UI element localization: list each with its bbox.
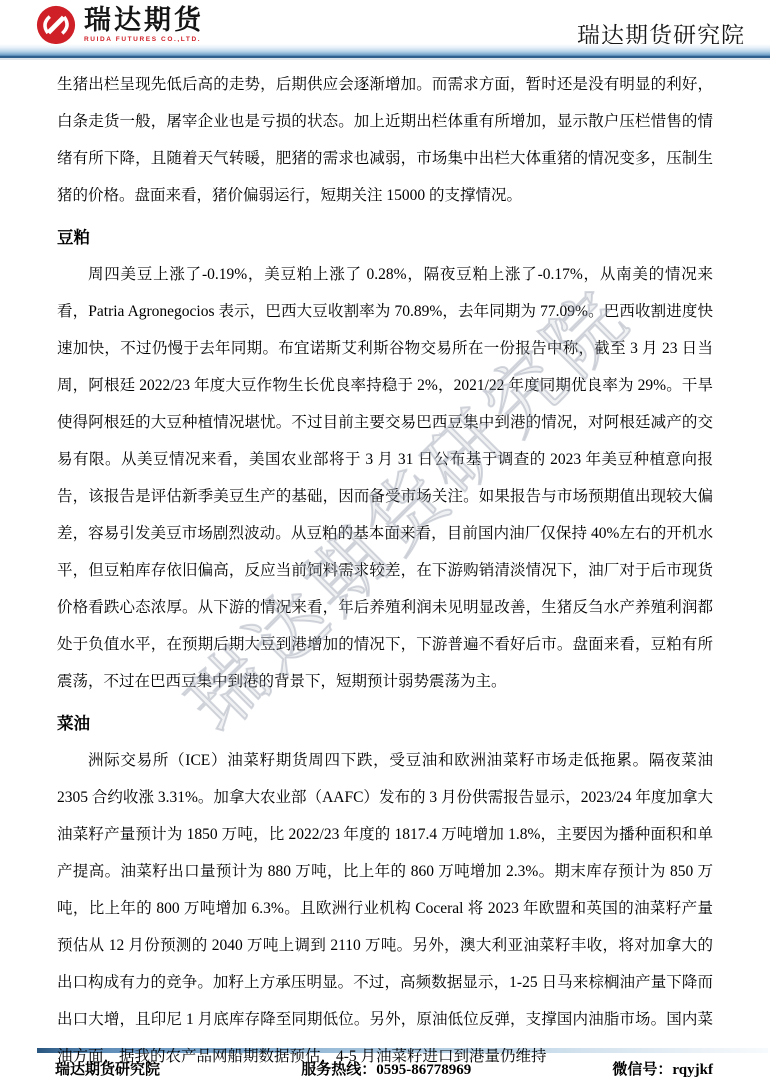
section-heading-soybean-meal: 豆粕 <box>57 224 713 251</box>
company-logo: 瑞达期货 RUIDA FUTURES CO.,LTD. <box>35 4 204 46</box>
report-body: 生猪出栏呈现先低后高的走势，后期供应会逐渐增加。而需求方面，暂时还是没有明显的利… <box>57 66 713 1075</box>
logo-brand-en: RUIDA FUTURES CO.,LTD. <box>84 37 204 44</box>
header-divider <box>0 44 770 58</box>
paragraph-rapeseed-oil: 洲际交易所（ICE）油菜籽期货周四下跌，受豆油和欧洲油菜籽市场走低拖累。隔夜菜油… <box>57 742 713 1075</box>
paragraph-soybean-meal: 周四美豆上涨了-0.19%，美豆粕上涨了 0.28%，隔夜豆粕上涨了-0.17%… <box>57 256 713 700</box>
logo-text: 瑞达期货 RUIDA FUTURES CO.,LTD. <box>84 7 204 44</box>
paragraph-hog-continuation: 生猪出栏呈现先低后高的走势，后期供应会逐渐增加。而需求方面，暂时还是没有明显的利… <box>57 66 713 214</box>
ruida-logo-icon <box>35 4 77 46</box>
logo-brand-cn: 瑞达期货 <box>84 7 204 34</box>
section-heading-rapeseed-oil: 菜油 <box>57 710 713 737</box>
report-page: 瑞达期货 RUIDA FUTURES CO.,LTD. 瑞达期货研究院 瑞达期货… <box>0 0 770 1090</box>
